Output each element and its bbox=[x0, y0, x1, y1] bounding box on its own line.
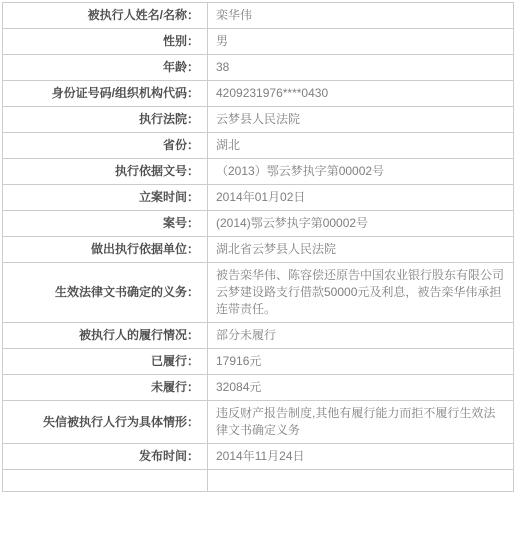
row-value: 被告栾华伟、陈容偿还原告中国农业银行股东有限公司云梦建设路支行借款50000元及… bbox=[208, 263, 514, 323]
row-value: 38 bbox=[208, 55, 514, 81]
table-row: 省份：湖北 bbox=[3, 133, 514, 159]
row-value: 违反财产报告制度,其他有履行能力而拒不履行生效法律文书确定义务 bbox=[208, 401, 514, 444]
row-label: 立案时间： bbox=[3, 185, 208, 211]
table-row: 发布时间：2014年11月24日 bbox=[3, 444, 514, 470]
row-value bbox=[208, 470, 514, 492]
table-row: 已履行：17916元 bbox=[3, 349, 514, 375]
row-value: 男 bbox=[208, 29, 514, 55]
row-value: 2014年11月24日 bbox=[208, 444, 514, 470]
table-row: 做出执行依据单位：湖北省云梦县人民法院 bbox=[3, 237, 514, 263]
row-value: 湖北 bbox=[208, 133, 514, 159]
row-value: 32084元 bbox=[208, 375, 514, 401]
table-row: 失信被执行人行为具体情形：违反财产报告制度,其他有履行能力而拒不履行生效法律文书… bbox=[3, 401, 514, 444]
table-row: 案号：(2014)鄂云梦执字第00002号 bbox=[3, 211, 514, 237]
row-value: 17916元 bbox=[208, 349, 514, 375]
row-label: 未履行： bbox=[3, 375, 208, 401]
row-label: 执行依据文号： bbox=[3, 159, 208, 185]
table-row: 年龄：38 bbox=[3, 55, 514, 81]
row-label: 失信被执行人行为具体情形： bbox=[3, 401, 208, 444]
row-label: 省份： bbox=[3, 133, 208, 159]
row-label: 被执行人姓名/名称： bbox=[3, 3, 208, 29]
row-value: 部分未履行 bbox=[208, 323, 514, 349]
table-row: 执行法院：云梦县人民法院 bbox=[3, 107, 514, 133]
row-value: 栾华伟 bbox=[208, 3, 514, 29]
row-value: 湖北省云梦县人民法院 bbox=[208, 237, 514, 263]
row-label: 性别： bbox=[3, 29, 208, 55]
row-label: 已履行： bbox=[3, 349, 208, 375]
debtor-record-page: 被执行人姓名/名称：栾华伟性别：男年龄：38身份证号码/组织机构代码：42092… bbox=[0, 0, 520, 540]
row-label: 执行法院： bbox=[3, 107, 208, 133]
row-value: （2013）鄂云梦执字第00002号 bbox=[208, 159, 514, 185]
row-label: 被执行人的履行情况： bbox=[3, 323, 208, 349]
debtor-info-table: 被执行人姓名/名称：栾华伟性别：男年龄：38身份证号码/组织机构代码：42092… bbox=[2, 2, 514, 492]
row-label: 生效法律文书确定的义务： bbox=[3, 263, 208, 323]
table-row: 身份证号码/组织机构代码：4209231976****0430 bbox=[3, 81, 514, 107]
table-row: 被执行人的履行情况：部分未履行 bbox=[3, 323, 514, 349]
row-value: 云梦县人民法院 bbox=[208, 107, 514, 133]
row-label: 做出执行依据单位： bbox=[3, 237, 208, 263]
table-body: 被执行人姓名/名称：栾华伟性别：男年龄：38身份证号码/组织机构代码：42092… bbox=[3, 3, 514, 492]
row-value: (2014)鄂云梦执字第00002号 bbox=[208, 211, 514, 237]
row-label: 年龄： bbox=[3, 55, 208, 81]
table-row: 立案时间：2014年01月02日 bbox=[3, 185, 514, 211]
table-row: 生效法律文书确定的义务：被告栾华伟、陈容偿还原告中国农业银行股东有限公司云梦建设… bbox=[3, 263, 514, 323]
row-label: 身份证号码/组织机构代码： bbox=[3, 81, 208, 107]
row-label: 发布时间： bbox=[3, 444, 208, 470]
table-row-partial bbox=[3, 470, 514, 492]
row-value: 2014年01月02日 bbox=[208, 185, 514, 211]
row-value: 4209231976****0430 bbox=[208, 81, 514, 107]
table-row: 未履行：32084元 bbox=[3, 375, 514, 401]
table-row: 执行依据文号：（2013）鄂云梦执字第00002号 bbox=[3, 159, 514, 185]
table-row: 被执行人姓名/名称：栾华伟 bbox=[3, 3, 514, 29]
table-row: 性别：男 bbox=[3, 29, 514, 55]
row-label bbox=[3, 470, 208, 492]
row-label: 案号： bbox=[3, 211, 208, 237]
